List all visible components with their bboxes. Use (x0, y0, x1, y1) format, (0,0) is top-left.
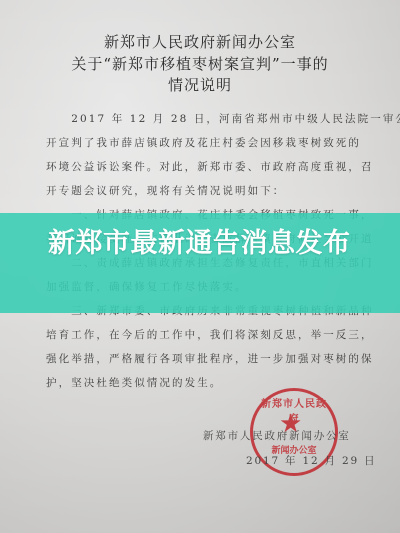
headline-text: 新郑市最新通告消息发布 (0, 225, 400, 263)
body-line: 培育工作，在今后的工作中，我们将深刻反思，举一反三， (46, 323, 342, 347)
body-line: 强化举措，严格履行各项审批程序，进一步加强对枣树的保 (46, 347, 342, 371)
body-line: 2017 年 12 月 28 日，河南省郑州市中级人民法院一审公 (46, 107, 342, 131)
document-title-line-2: 关于“新郑市移植枣树案宣判”一事的 (0, 53, 400, 75)
headline-banner: 新郑市最新通告消息发布 (0, 213, 400, 313)
signature-date: 2017 年 12 月 29 日 (246, 453, 376, 468)
document-title-line-1: 新郑市人民政府新闻办公室 (0, 31, 400, 53)
body-line: 开宣判了我市薛店镇政府及花庄村委会因移栽枣树致死的 (46, 131, 342, 155)
body-line: 环境公益诉讼案件。对此，新郑市委、市政府高度重视，召 (46, 155, 342, 179)
document-title-line-3: 情况说明 (0, 74, 400, 96)
signature: 新郑市人民政府新闻办公室 (203, 428, 351, 443)
body-line: 开专题会议研究，现将有关情况说明如下： (46, 179, 342, 203)
